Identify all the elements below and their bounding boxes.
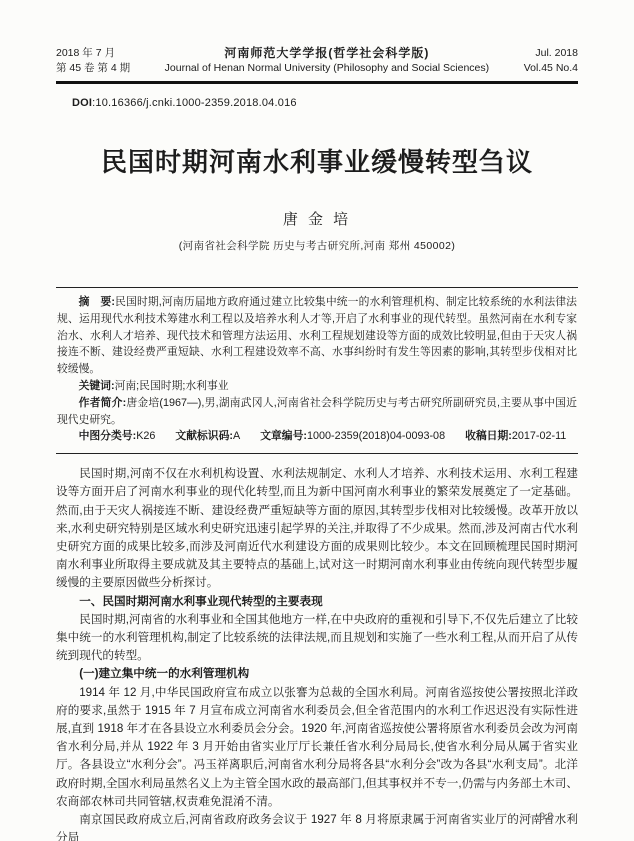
article-id-value: 1000-2359(2018)04-0093-08 bbox=[307, 430, 445, 442]
received-date-value: 2017-02-11 bbox=[512, 430, 566, 442]
doi-line: DOI:10.16366/j.cnki.1000-2359.2018.04.01… bbox=[56, 97, 578, 109]
paragraph-beiyang-water-admin: 1914 年 12 月,中华民国政府宣布成立以张謇为总裁的全国水利局。河南省巡按… bbox=[56, 684, 578, 811]
publication-date-cn: 2018 年 7 月 bbox=[56, 46, 130, 61]
paragraph-intro: 民国时期,河南不仅在水利机构设置、水利法规制定、水利人才培养、水利技术运用、水利… bbox=[56, 465, 578, 592]
doc-code-item: 文献标识码:A bbox=[175, 430, 240, 442]
paragraph-section-overview: 民国时期,河南省的水利事业和全国其他地方一样,在中央政府的重视和引导下,不仅先后… bbox=[56, 611, 578, 666]
abstract-text: 民国时期,河南历届地方政府通过建立比较集中统一的水利管理机构、制定比较系统的水利… bbox=[57, 296, 577, 375]
header-rule bbox=[56, 81, 578, 84]
section-heading-1: 一、民国时期河南水利事业现代转型的主要表现 bbox=[56, 593, 578, 611]
subsection-heading-1-1: (一)建立集中统一的水利管理机构 bbox=[56, 665, 578, 683]
doc-code-label: 文献标识码: bbox=[175, 430, 233, 442]
doc-code-value: A bbox=[233, 430, 240, 442]
clc-label: 中图分类号: bbox=[79, 430, 137, 442]
journal-title-cn: 河南师范大学学报(哲学社会科学版) bbox=[138, 46, 516, 61]
header-center-block: 河南师范大学学报(哲学社会科学版) Journal of Henan Norma… bbox=[130, 46, 524, 76]
volume-issue-en: Vol.45 No.4 bbox=[524, 61, 578, 76]
received-date-item: 收稿日期:2017-02-11 bbox=[465, 430, 566, 442]
author-bio-paragraph: 作者简介:唐金培(1967—),男,湖南武冈人,河南省社会科学院历史与考古研究所… bbox=[57, 395, 577, 429]
author-bio-text: 唐金培(1967—),男,湖南武冈人,河南省社会科学院历史与考古研究所副研究员,… bbox=[57, 397, 577, 426]
keywords-paragraph: 关键词:河南;民国时期;水利事业 bbox=[57, 378, 577, 395]
volume-issue-cn: 第 45 卷 第 4 期 bbox=[56, 61, 130, 76]
journal-header: 2018 年 7 月 第 45 卷 第 4 期 河南师范大学学报(哲学社会科学版… bbox=[56, 46, 578, 76]
classification-line: 中图分类号:K26 文献标识码:A 文章编号:1000-2359(2018)04… bbox=[57, 428, 577, 445]
received-date-label: 收稿日期: bbox=[465, 430, 512, 442]
journal-title-en: Journal of Henan Normal University (Phil… bbox=[138, 61, 516, 76]
doi-value: :10.16366/j.cnki.1000-2359.2018.04.016 bbox=[92, 97, 297, 109]
journal-page: 2018 年 7 月 第 45 卷 第 4 期 河南师范大学学报(哲学社会科学版… bbox=[0, 0, 634, 841]
abstract-section: 摘 要:民国时期,河南历届地方政府通过建立比较集中统一的水利管理机构、制定比较系… bbox=[56, 287, 578, 454]
abstract-label: 摘 要: bbox=[79, 296, 115, 308]
doi-label: DOI bbox=[72, 97, 92, 109]
keywords-text: 河南;民国时期;水利事业 bbox=[115, 380, 229, 392]
header-right-block: Jul. 2018 Vol.45 No.4 bbox=[524, 46, 578, 76]
clc-item: 中图分类号:K26 bbox=[79, 430, 156, 442]
article-id-label: 文章编号: bbox=[260, 430, 307, 442]
abstract-paragraph: 摘 要:民国时期,河南历届地方政府通过建立比较集中统一的水利管理机构、制定比较系… bbox=[57, 294, 577, 378]
keywords-label: 关键词: bbox=[79, 380, 115, 392]
clc-value: K26 bbox=[136, 430, 155, 442]
paragraph-nanjing-govt: 南京国民政府成立后,河南省政府政务会议于 1927 年 8 月将原隶属于河南省实… bbox=[56, 811, 578, 841]
author-name: 唐 金 培 bbox=[56, 208, 578, 229]
publication-date-en: Jul. 2018 bbox=[524, 46, 578, 61]
article-title: 民国时期河南水利事业缓慢转型刍议 bbox=[56, 145, 578, 179]
page-number: · 93 · bbox=[528, 811, 566, 823]
article-body: 民国时期,河南不仅在水利机构设置、水利法规制定、水利人才培养、水利技术运用、水利… bbox=[56, 465, 578, 841]
article-id-item: 文章编号:1000-2359(2018)04-0093-08 bbox=[260, 430, 445, 442]
author-bio-label: 作者简介: bbox=[79, 397, 127, 409]
header-left-block: 2018 年 7 月 第 45 卷 第 4 期 bbox=[56, 46, 130, 76]
author-affiliation: (河南省社会科学院 历史与考古研究所,河南 郑州 450002) bbox=[56, 238, 578, 253]
